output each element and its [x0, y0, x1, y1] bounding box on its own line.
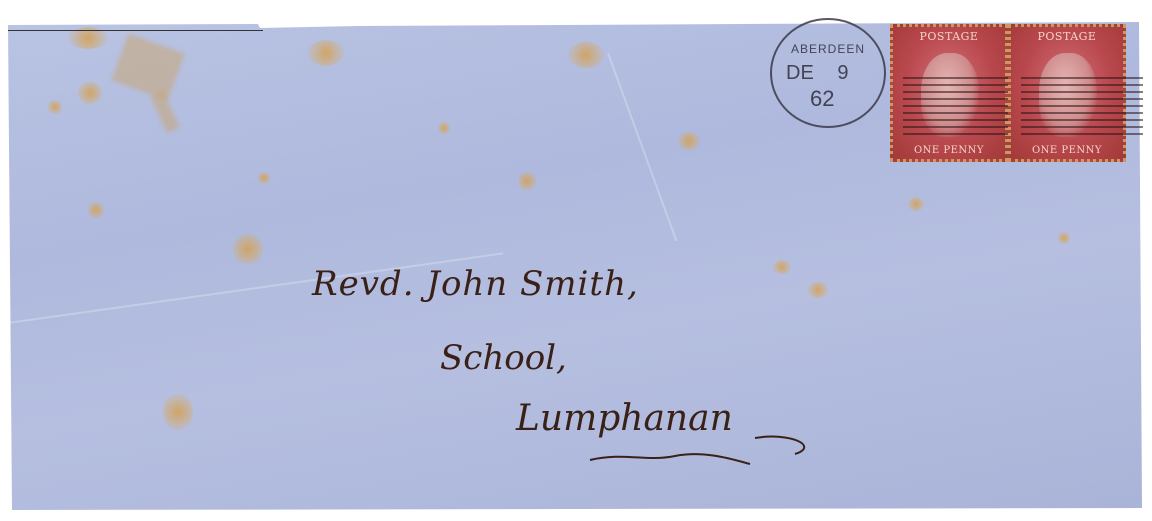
cancellation-bars [1021, 77, 1143, 137]
stain-spot [773, 260, 791, 274]
stain-spot [88, 202, 104, 218]
stain [150, 91, 180, 133]
stamp-penny-red: POSTAGE ONE PENNY [890, 24, 1008, 162]
stain-spot [258, 172, 270, 184]
stain-spot [568, 42, 604, 68]
postmark: ABERDEEN DE 9 62 [770, 18, 886, 128]
address-line-2: School, [440, 338, 567, 378]
stain-spot [808, 282, 828, 298]
paper-crease [607, 53, 677, 242]
stamp-top-label: POSTAGE [1011, 30, 1123, 43]
stain-spot [678, 132, 700, 150]
stain-spot [518, 172, 536, 190]
postmark-date: DE 9 [786, 62, 848, 85]
postmark-year: 62 [810, 86, 834, 112]
postmark-city: ABERDEEN [778, 42, 878, 56]
stamp-top-label: POSTAGE [893, 30, 1005, 43]
stain-spot [438, 122, 450, 134]
stain-spot [908, 197, 924, 211]
stain-spot [78, 82, 102, 104]
stain-spot [163, 394, 193, 430]
stain-spot [1058, 232, 1070, 244]
stain-spot [48, 100, 62, 114]
stain-spot [233, 234, 263, 264]
stain-spot [308, 40, 344, 66]
stamp-bottom-label: ONE PENNY [893, 145, 1005, 156]
underline-flourish [585, 430, 825, 470]
stain [111, 33, 184, 101]
stamp-penny-red: POSTAGE ONE PENNY [1008, 24, 1126, 162]
stamp-bottom-label: ONE PENNY [1011, 145, 1123, 156]
address-recipient: Revd. John Smith, [312, 264, 639, 304]
envelope-top-edge [8, 30, 263, 31]
